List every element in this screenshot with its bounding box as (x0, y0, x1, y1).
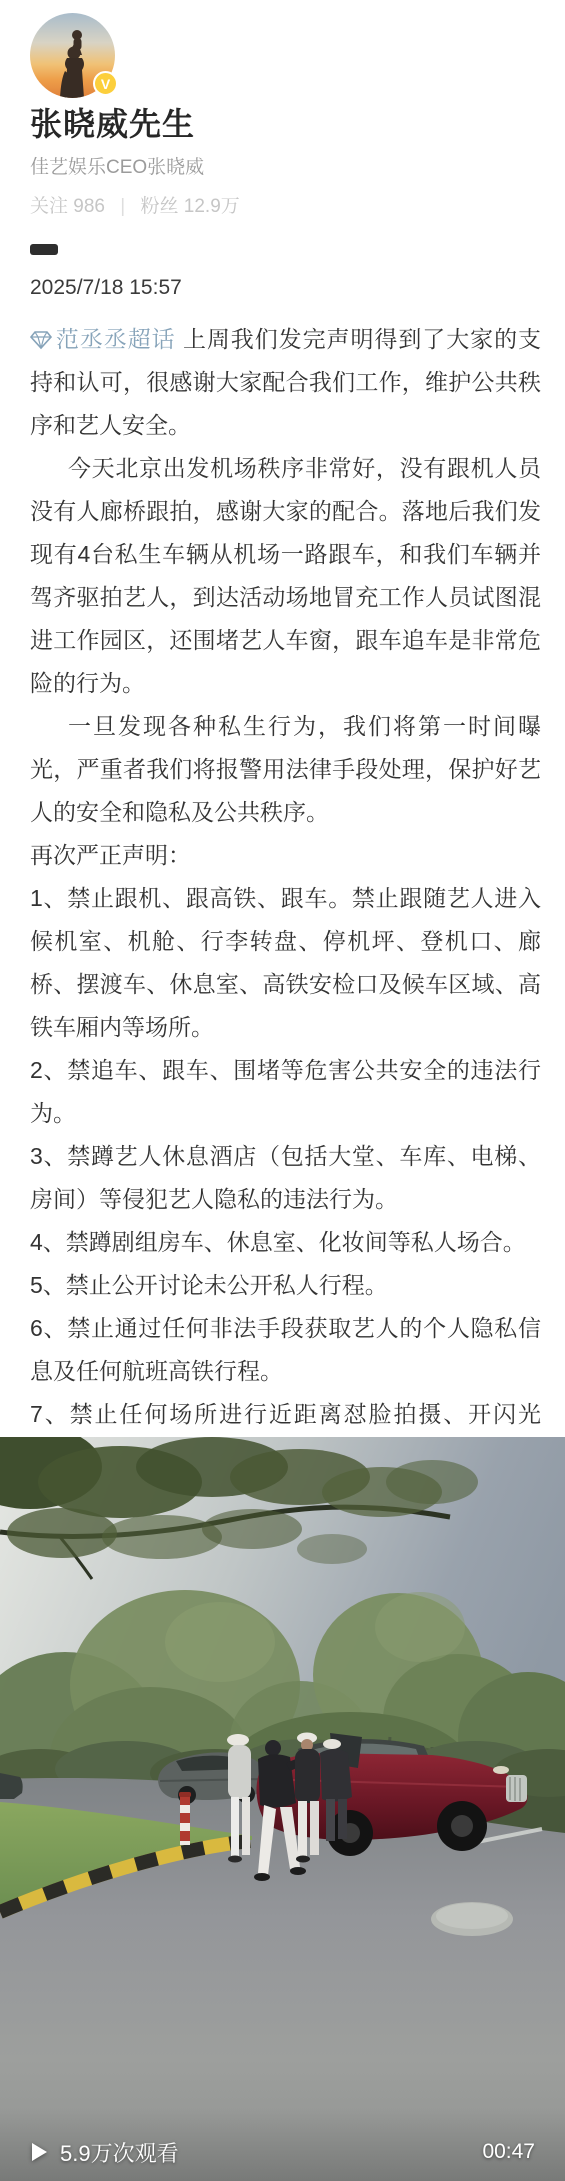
following-stat[interactable]: 关注 986 (30, 196, 105, 217)
bollard (179, 1792, 191, 1845)
video-views: 5.9万次观看 (60, 2137, 179, 2168)
rule-item-1: 1、禁止跟机、跟高铁、跟车。禁止跟随艺人进入候机室、机舱、行李转盘、停机坪、登机… (30, 877, 541, 1049)
rule-item-5: 5、禁止公开讨论未公开私人行程。 (30, 1264, 541, 1307)
followers-label: 粉丝 (141, 196, 179, 217)
car-headlight (493, 1766, 509, 1774)
profile-header: V 张晓威先生 佳艺娱乐CEO张晓威 关注 986 | 粉丝 12.9万 (0, 0, 565, 255)
post-timestamp: 2025/7/18 15:57 (30, 275, 535, 300)
verified-badge-icon: V (93, 71, 118, 96)
weibo-post-page: V 张晓威先生 佳艺娱乐CEO张晓威 关注 986 | 粉丝 12.9万 202… (0, 0, 565, 2181)
post-content: 范丞丞超话 上周我们发完声明得到了大家的支持和认可，很感谢大家配合我们工作，维护… (0, 318, 565, 1479)
play-icon (32, 2143, 47, 2161)
profile-stats: 关注 986 | 粉丝 12.9万 (30, 195, 535, 218)
video-views-group: 5.9万次观看 (32, 2137, 179, 2168)
post-paragraph: 一旦发现各种私生行为，我们将第一时间曝光，严重者我们将报警用法律手段处理，保护好… (30, 705, 541, 834)
rule-item-2: 2、禁追车、跟车、围堵等危害公共安全的违法行为。 (30, 1049, 541, 1135)
following-count: 986 (73, 196, 105, 217)
followers-stat[interactable]: 粉丝 12.9万 (141, 196, 240, 217)
video-thumbnail (0, 1437, 565, 2181)
following-label: 关注 (30, 196, 68, 217)
post-paragraph: 范丞丞超话 上周我们发完声明得到了大家的支持和认可，很感谢大家配合我们工作，维护… (30, 318, 541, 447)
post-paragraph: 再次严正声明： (30, 834, 541, 877)
supertopic-diamond-icon (30, 328, 52, 350)
followers-count: 12.9万 (184, 196, 240, 217)
profile-name: 张晓威先生 (30, 105, 535, 143)
divider-dash (30, 244, 58, 255)
supertopic-link[interactable]: 范丞丞超话 (30, 326, 176, 352)
profile-bio: 佳艺娱乐CEO张晓威 (30, 156, 535, 179)
video-player[interactable]: 5.9万次观看 00:47 (0, 1437, 565, 2181)
video-duration: 00:47 (482, 2140, 535, 2164)
avatar[interactable]: V (30, 13, 115, 98)
rule-item-6: 6、禁止通过任何非法手段获取艺人的个人隐私信息及任何航班高铁行程。 (30, 1307, 541, 1393)
rule-item-4: 4、禁蹲剧组房车、休息室、化妆间等私人场合。 (30, 1221, 541, 1264)
supertopic-label: 范丞丞超话 (55, 326, 176, 352)
video-overlay-bar: 5.9万次观看 00:47 (0, 2109, 565, 2181)
car-grille (506, 1775, 527, 1802)
stats-separator: | (120, 196, 125, 217)
post-paragraph: 今天北京出发机场秩序非常好，没有跟机人员没有人廊桥跟拍，感谢大家的配合。落地后我… (30, 447, 541, 705)
rule-item-3: 3、禁蹲艺人休息酒店（包括大堂、车库、电梯、房间）等侵犯艺人隐私的违法行为。 (30, 1135, 541, 1221)
